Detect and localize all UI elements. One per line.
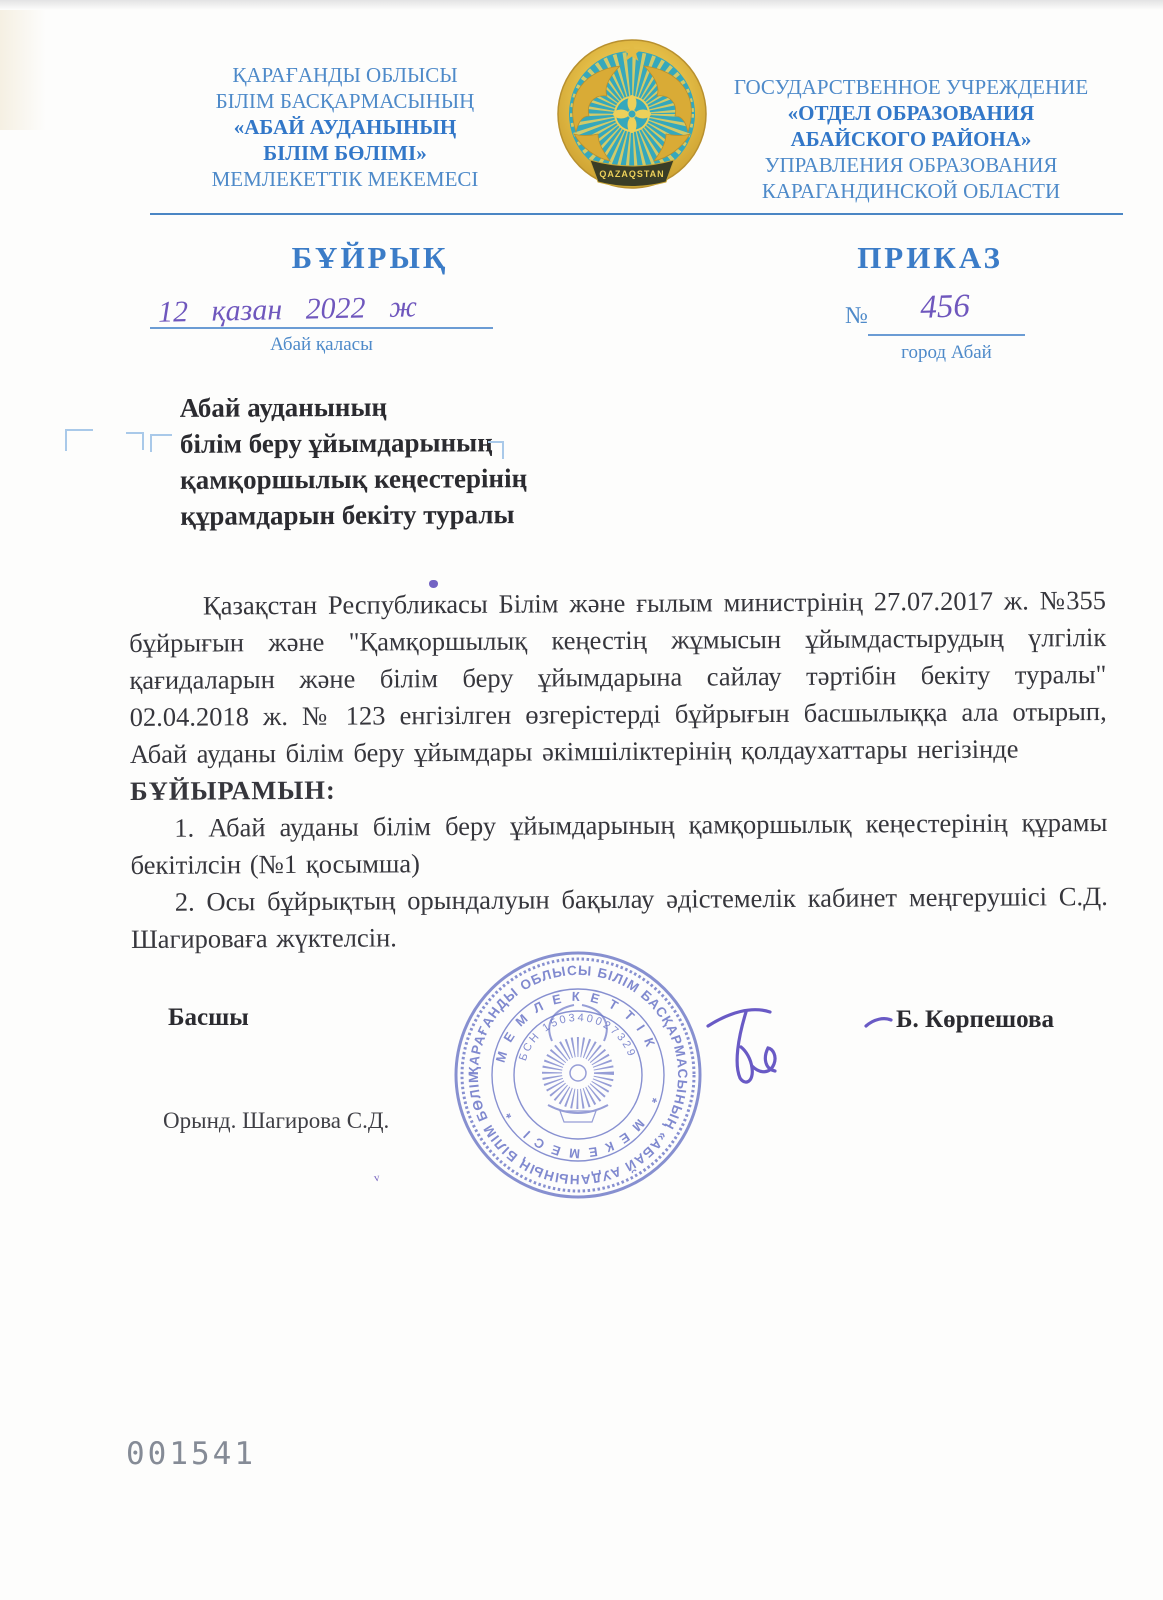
subject-line: Абай ауданының [180,388,527,426]
subject-line: құрамдарын бекіту туралы [180,496,527,534]
registration-corner-mark [150,434,172,452]
registration-corner-mark [65,429,93,451]
date-underline [150,327,493,329]
org-line: БІЛІМ БӨЛІМІ» [150,140,540,166]
subject-block: Абай ауданының білім беру ұйымдарының қа… [180,388,528,534]
org-line: ҚАРАҒАНДЫ ОБЛЫСЫ [150,62,540,88]
stamp-bsn-text: БСН 150340027329 [517,1012,638,1063]
subject-line: қамқоршылық кеңестерінің [180,460,527,498]
signature-role: Басшы [168,1004,249,1032]
resolution-heading: БҰЙЫРАМЫН: [130,767,1107,810]
signature-scribble [690,972,900,1092]
official-stamp: ҚАРАҒАНДЫ ОБЛЫСЫ БІЛІМ БАСҚАРМАСЫНЫҢ «АБ… [448,945,708,1205]
doc-number-stamp: 001541 [126,1436,256,1472]
org-line: УПРАВЛЕНИЯ ОБРАЗОВАНИЯ [700,152,1122,178]
org-name-ru: ГОСУДАРСТВЕННОЕ УЧРЕЖДЕНИЕ «ОТДЕЛ ОБРАЗО… [700,74,1122,204]
org-name-kk: ҚАРАҒАНДЫ ОБЛЫСЫ БІЛІМ БАСҚАРМАСЫНЫҢ «АБ… [150,62,540,192]
org-line: «АБАЙ АУДАНЫНЫҢ [150,114,540,140]
emblem-banner-text: QAZAQSTAN [599,169,664,179]
scan-edge-artifact-top [0,0,1163,10]
letterhead-rule [150,213,1123,215]
org-line: АБАЙСКОГО РАЙОНА» [700,126,1122,152]
org-line: БІЛІМ БАСҚАРМАСЫНЫҢ [150,88,540,114]
order-item: 1. Абай ауданы білім беру ұйымдарының қа… [130,804,1107,884]
org-line: ГОСУДАРСТВЕННОЕ УЧРЕЖДЕНИЕ [700,74,1122,100]
ink-tick-artifact: v [373,1172,380,1185]
kazakhstan-emblem: QAZAQSTAN [552,30,712,206]
order-number-handwritten: 456 [879,287,1010,329]
document-page: ҚАРАҒАНДЫ ОБЛЫСЫ БІЛІМ БАСҚАРМАСЫНЫҢ «АБ… [0,0,1163,1600]
order-date-handwritten: 12 қазан 2022 ж [158,288,519,330]
subject-line: білім беру ұйымдарының [180,424,527,462]
order-place-kk: Абай қаласы [150,334,493,356]
registration-corner-mark [488,441,504,459]
order-body: Қазақстан Республикасы Білім және ғылым … [129,582,1108,958]
org-line: КАРАГАНДИНСКОЙ ОБЛАСТИ [700,178,1122,204]
order-place-ru: город Абай [868,342,1025,364]
number-underline [868,334,1025,336]
scan-edge-artifact-left [0,10,46,130]
stamp-inner-ring-bottom-text: * МЕКЕМЕСІ * [499,1095,661,1162]
order-number-label: № [845,303,868,330]
executor-note: Орынд. Шагирова С.Д. [163,1108,389,1134]
body-paragraph: Қазақстан Республикасы Білім және ғылым … [129,582,1107,773]
registration-corner-mark [126,432,144,450]
order-title-ru: ПРИКАЗ [780,240,1080,276]
org-line: «ОТДЕЛ ОБРАЗОВАНИЯ [700,100,1122,126]
signatory-name: Б. Көрпешова [896,1006,1054,1034]
order-title-kk: БҰЙРЫҚ [150,240,590,276]
org-line: МЕМЛЕКЕТТІК МЕКЕМЕСІ [150,166,540,192]
